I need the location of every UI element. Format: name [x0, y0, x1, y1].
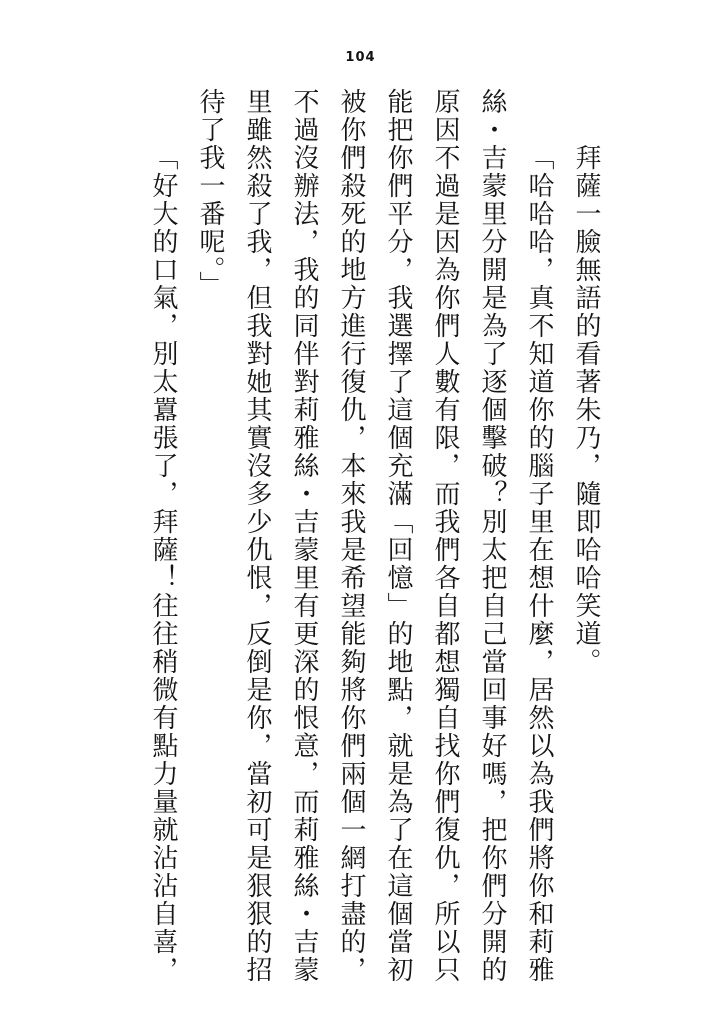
- text-column-1: 拜薩一臉無語的看著朱乃，隨即哈哈笑道。: [563, 88, 610, 984]
- text-column-6: 被你們殺死的地方進行復仇，本來我是希望能夠將你們兩個一網打盡的，: [328, 88, 375, 984]
- text-column-3: 絲・吉蒙里分開是為了逐個擊破？別太把自己當回事好嗎，把你們分開的: [469, 88, 516, 984]
- text-column-8: 里雖然殺了我，但我對她其實沒多少仇恨，反倒是你，當初可是狠狠的招: [234, 88, 281, 984]
- text-column-10: 「好大的口氣，別太囂張了，拜薩！往往稍微有點力量就沾沾自喜，: [140, 88, 187, 984]
- text-column-9: 待了我一番呢。」: [187, 88, 234, 984]
- text-column-4: 原因不過是因為你們人數有限，而我們各自都想獨自找你們復仇，所以只: [422, 88, 469, 984]
- text-column-2: 「哈哈哈，真不知道你的腦子里在想什麼，居然以為我們將你和莉雅: [516, 88, 563, 984]
- text-column-7: 不過沒辦法，我的同伴對莉雅絲・吉蒙里有更深的恨意，而莉雅絲・吉蒙: [281, 88, 328, 984]
- page-number: 104: [0, 50, 721, 65]
- text-block: 拜薩一臉無語的看著朱乃，隨即哈哈笑道。 「哈哈哈，真不知道你的腦子里在想什麼，居…: [140, 88, 610, 984]
- text-column-5: 能把你們平分，我選擇了這個充滿「回憶」的地點，就是為了在這個當初: [375, 88, 422, 984]
